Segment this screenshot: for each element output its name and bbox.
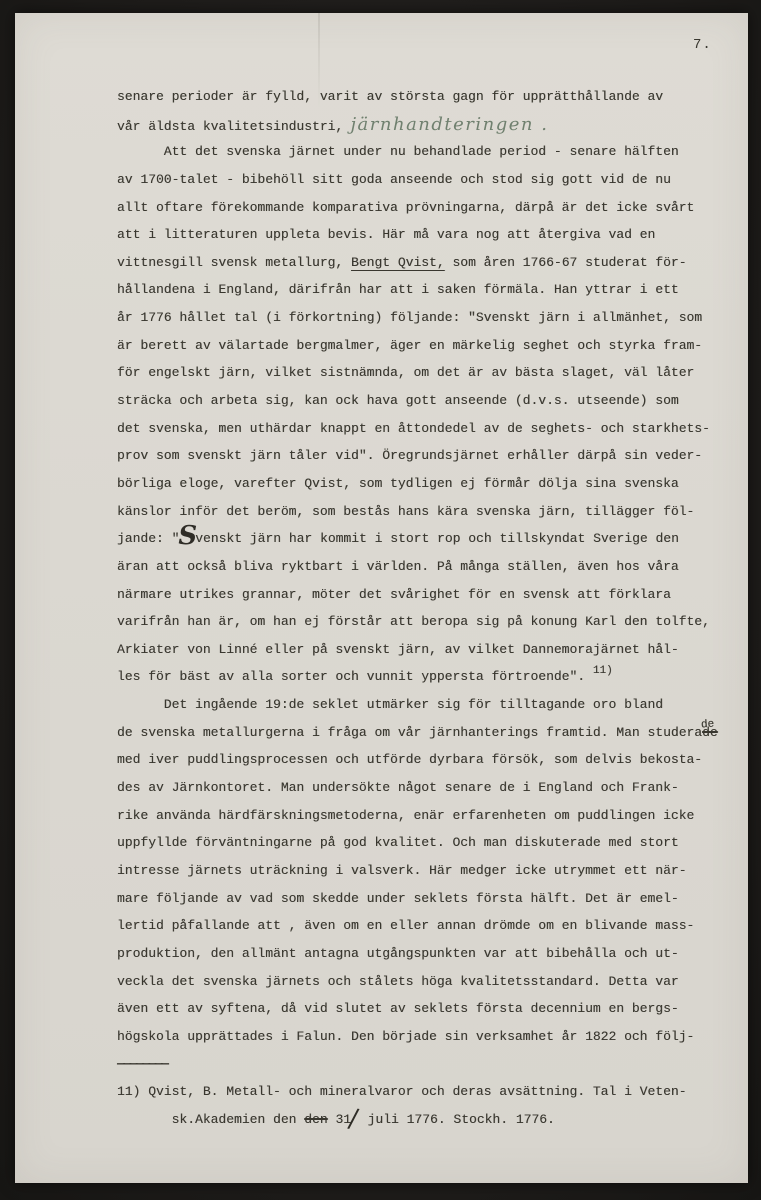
text-segment: veckla det svenska järnets och stålets h… <box>117 974 679 989</box>
text-line: Arkiater von Linné eller på svenskt järn… <box>117 636 742 664</box>
text-line: senare perioder är fylld, varit av störs… <box>117 83 742 111</box>
text-segment: uppfyllde förväntningarne på god kvalite… <box>117 835 679 850</box>
text-segment: senare perioder är fylld, varit av störs… <box>117 89 663 104</box>
text-line: lertid påfallande att , även om en eller… <box>117 912 742 940</box>
text-line: hållandena i England, därifrån har att i… <box>117 276 742 304</box>
text-line: sträcka och arbeta sig, kan ock hava got… <box>117 387 742 415</box>
text-segment: varifrån han är, om han ej förstår att b… <box>117 614 710 629</box>
text-segment: sträcka och arbeta sig, kan ock hava got… <box>117 393 679 408</box>
text-segment: lertid påfallande att , även om en eller… <box>117 918 694 933</box>
text-segment: av 1700-talet - bibehöll sitt goda ansee… <box>117 172 671 187</box>
text-segment: de svenska metallurgerna i fråga om vår … <box>117 725 702 740</box>
text-line: Att det svenska järnet under nu behandla… <box>117 138 742 166</box>
text-segment: för engelskt järn, vilket sistnämnda, om… <box>117 365 694 380</box>
text-segment: äran att också bliva ryktbart i världen.… <box>117 559 679 574</box>
text-segment: Att det svenska järnet under nu behandla… <box>117 144 679 159</box>
scanned-document-background: 7. senare perioder är fylld, varit av st… <box>0 0 761 1200</box>
page-number: 7. <box>693 37 712 53</box>
text-segment: det svenska, men uthärdar knappt en åtto… <box>117 421 710 436</box>
text-line: år 1776 hållet tal (i förkortning) följa… <box>117 304 742 332</box>
text-line: närmare utrikes grannar, möter det svåri… <box>117 581 742 609</box>
text-line: prov som svenskt järn tåler vid". Öregru… <box>117 442 742 470</box>
text-segment: är berett av välartade bergmalmer, äger … <box>117 338 702 353</box>
text-segment: känslor inför det beröm, som bestås hans… <box>117 504 694 519</box>
text-line: ———————— <box>117 1050 742 1078</box>
text-line: av 1700-talet - bibehöll sitt goda ansee… <box>117 166 742 194</box>
text-segment: vår äldsta kvalitetsindustri, <box>117 119 343 134</box>
text-line: uppfyllde förväntningarne på god kvalite… <box>117 829 742 857</box>
text-line: allt oftare förekommande komparativa prö… <box>117 194 742 222</box>
document-page: 7. senare perioder är fylld, varit av st… <box>15 13 748 1183</box>
handwritten-annotation: järnhandteringen . <box>343 114 548 135</box>
text-line: Det ingående 19:de seklet utmärker sig f… <box>117 691 742 719</box>
underlined-name: Bengt Qvist, <box>351 255 445 270</box>
handwritten-slash: / <box>349 1118 358 1120</box>
text-line: äran att också bliva ryktbart i världen.… <box>117 553 742 581</box>
text-segment: venskt järn har kommit i stort rop och t… <box>195 531 679 546</box>
text-segment: rike använda härdfärskningsmetoderna, en… <box>117 808 694 823</box>
text-line: börliga eloge, varefter Qvist, som tydli… <box>117 470 742 498</box>
text-segment: jande: " <box>117 531 179 546</box>
text-line: det svenska, men uthärdar knappt en åtto… <box>117 415 742 443</box>
text-line: de svenska metallurgerna i fråga om vår … <box>117 719 742 747</box>
text-segment: år 1776 hållet tal (i förkortning) följa… <box>117 310 702 325</box>
text-line: varifrån han är, om han ej förstår att b… <box>117 608 742 636</box>
text-line: jande: "Svenskt järn har kommit i stort … <box>117 525 742 553</box>
text-segment: les för bäst av alla sorter och vunnit y… <box>117 669 593 684</box>
text-segment: med iver puddlingsprocessen och utförde … <box>117 752 702 767</box>
text-segment: högskola upprättades i Falun. Den börjad… <box>117 1029 694 1044</box>
document-text: senare perioder är fylld, varit av störs… <box>117 83 742 1133</box>
text-line: veckla det svenska järnets och stålets h… <box>117 968 742 996</box>
text-segment: sk.Akademien den <box>117 1112 304 1127</box>
text-line: vår äldsta kvalitetsindustri, järnhandte… <box>117 111 742 139</box>
text-line: des av Järnkontoret. Man undersökte någo… <box>117 774 742 802</box>
text-line: för engelskt järn, vilket sistnämnda, om… <box>117 359 742 387</box>
text-segment: intresse järnets uträckning i valsverk. … <box>117 863 687 878</box>
text-segment: prov som svenskt järn tåler vid". Öregru… <box>117 448 702 463</box>
text-segment: att i litteraturen uppleta bevis. Här må… <box>117 227 655 242</box>
text-segment: börliga eloge, varefter Qvist, som tydli… <box>117 476 679 491</box>
text-line: mare följande av vad som skedde under se… <box>117 885 742 913</box>
text-line: sk.Akademien den den 31/ juli 1776. Stoc… <box>117 1106 742 1134</box>
superscript-footnote-ref: 11) <box>593 665 613 677</box>
text-segment: mare följande av vad som skedde under se… <box>117 891 679 906</box>
superscript-correction: de <box>701 724 714 725</box>
text-segment: allt oftare förekommande komparativa prö… <box>117 200 694 215</box>
struck-out-text: den <box>304 1112 327 1127</box>
text-line: produktion, den allmänt antagna utgångsp… <box>117 940 742 968</box>
text-segment: Det ingående 19:de seklet utmärker sig f… <box>117 697 663 712</box>
text-segment: produktion, den allmänt antagna utgångsp… <box>117 946 679 961</box>
text-line: att i litteraturen uppleta bevis. Här må… <box>117 221 742 249</box>
text-segment: des av Järnkontoret. Man undersökte någo… <box>117 780 679 795</box>
text-segment: juli 1776. Stockh. 1776. <box>360 1112 555 1127</box>
text-segment: närmare utrikes grannar, möter det svåri… <box>117 587 671 602</box>
text-line: intresse järnets uträckning i valsverk. … <box>117 857 742 885</box>
text-line: les för bäst av alla sorter och vunnit y… <box>117 663 742 691</box>
text-line: vittnesgill svensk metallurg, Bengt Qvis… <box>117 249 742 277</box>
text-line: även ett av syftena, då vid slutet av se… <box>117 995 742 1023</box>
text-segment: vittnesgill svensk metallurg, <box>117 255 351 270</box>
text-line: med iver puddlingsprocessen och utförde … <box>117 746 742 774</box>
text-line: högskola upprättades i Falun. Den börjad… <box>117 1023 742 1051</box>
footnote-separator: ———————— <box>117 1056 167 1071</box>
text-segment: hållandena i England, därifrån har att i… <box>117 282 679 297</box>
text-line: rike använda härdfärskningsmetoderna, en… <box>117 802 742 830</box>
text-segment: som åren 1766-67 studerat för- <box>445 255 687 270</box>
text-line: är berett av välartade bergmalmer, äger … <box>117 332 742 360</box>
text-segment: 11) Qvist, B. Metall- och mineralvaror o… <box>117 1084 687 1099</box>
text-line: 11) Qvist, B. Metall- och mineralvaror o… <box>117 1078 742 1106</box>
text-segment: Arkiater von Linné eller på svenskt järn… <box>117 642 679 657</box>
text-segment: även ett av syftena, då vid slutet av se… <box>117 1001 679 1016</box>
text-line: känslor inför det beröm, som bestås hans… <box>117 498 742 526</box>
